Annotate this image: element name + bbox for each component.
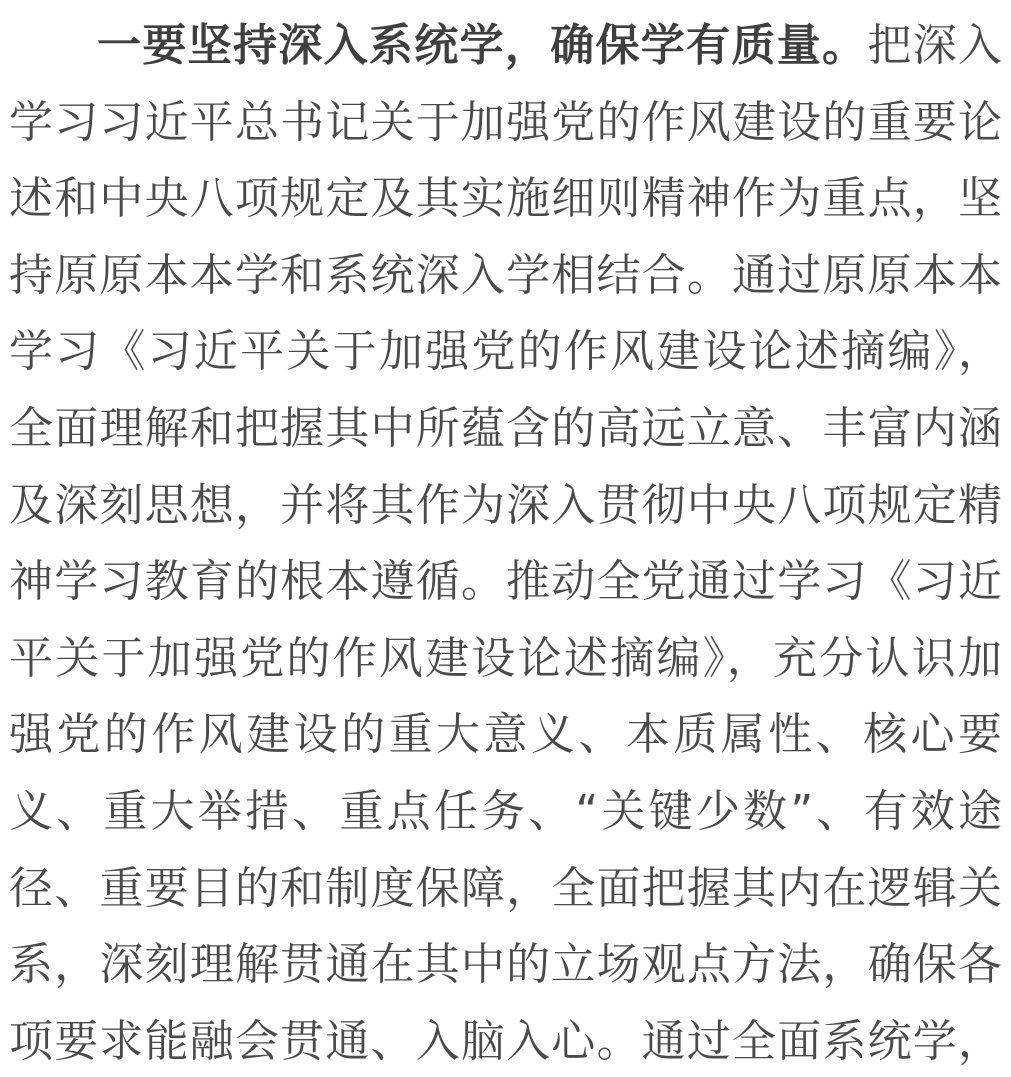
paragraph-line: 义、重大举措、重点任务、“关键少数”、有效途	[9, 774, 1002, 851]
paragraph-line: 径、重要目的和制度保障，全面把握其内在逻辑关	[9, 851, 1002, 928]
paragraph-line: 强党的作风建设的重大意义、本质属性、核心要	[9, 697, 1002, 774]
paragraph-line: 持原原本本学和系统深入学相结合。通过原原本本	[9, 238, 1002, 315]
article-paragraph: 一要坚持深入系统学，确保学有质量。把深入 学习习近平总书记关于加强党的作风建设的…	[0, 0, 1011, 1077]
paragraph-line: 系，深刻理解贯通在其中的立场观点方法，确保各	[9, 927, 1002, 1004]
first-line-regular-text: 把深入	[867, 20, 1002, 71]
paragraph-line: 学习《习近平关于加强党的作风建设论述摘编》，	[9, 314, 1002, 391]
paragraph-line: 全面理解和把握其中所蕴含的高远立意、丰富内涵	[9, 391, 1002, 468]
lead-sentence-bold: 一要坚持深入系统学，确保学有质量。	[97, 20, 867, 71]
paragraph-line: 平关于加强党的作风建设论述摘编》，充分认识加	[9, 621, 1002, 698]
paragraph-line: 项要求能融会贯通、入脑入心。通过全面系统学，	[9, 1004, 1002, 1077]
paragraph-line: 及深刻思想，并将其作为深入贯彻中央八项规定精	[9, 468, 1002, 545]
paragraph-first-line: 一要坚持深入系统学，确保学有质量。把深入	[9, 8, 1002, 85]
paragraph-line: 神学习教育的根本遵循。推动全党通过学习《习近	[9, 544, 1002, 621]
article-page: 一要坚持深入系统学，确保学有质量。把深入 学习习近平总书记关于加强党的作风建设的…	[0, 0, 1011, 1077]
paragraph-line: 述和中央八项规定及其实施细则精神作为重点，坚	[9, 161, 1002, 238]
paragraph-line: 学习习近平总书记关于加强党的作风建设的重要论	[9, 85, 1002, 162]
